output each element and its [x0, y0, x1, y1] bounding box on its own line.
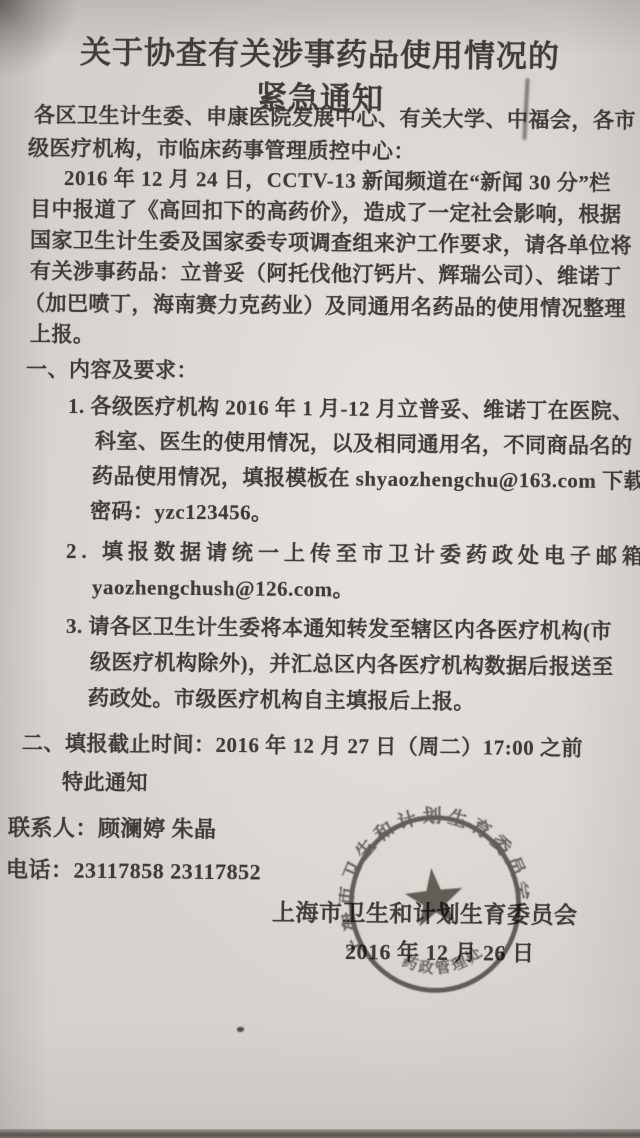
item1-line-2: 科室、医生的使用情况，以及相同通用名，不同商品名的 — [95, 425, 633, 460]
item2-line-2: yaozhengchush@126.com。 — [92, 571, 354, 604]
item1-line-4: 密码：yzc123456。 — [90, 495, 273, 527]
photo-bottom-edge — [0, 1129, 640, 1138]
item3-line-2: 级医疗机构除外)，并汇总区内各医疗机构数据后报送至 — [90, 646, 614, 681]
notice-title-line-1: 关于协查有关涉事药品使用情况的 — [0, 26, 640, 77]
item1-line-3: 药品使用情况，填报模板在 shyaozhengchu@163.com 下载， — [92, 460, 640, 496]
seal-department-text: 药政管理处 — [398, 941, 489, 981]
item3-line-1: 3. 请各区卫生计生委将本通知转发至辖区内各医疗机构(市 — [66, 610, 612, 645]
recipients-line-2: 级医疗机构，市临床药事管理质控中心： — [28, 132, 415, 166]
paragraph-line-1: 2016 年 12 月 24 日，CCTV-13 新闻频道在“新闻 30 分”栏 — [64, 162, 611, 197]
contact-persons: 联系人：顾澜婷 朱晶 — [8, 811, 217, 844]
seal-star-icon — [403, 865, 466, 928]
paragraph-line-4: 有关涉事药品：立普妥（阿托伐他汀钙片、辉瑞公司）、维诺丁 — [30, 255, 622, 291]
section2-deadline: 二、填报截止时间：2016 年 12 月 27 日（周二）17:00 之前 — [22, 727, 583, 762]
paragraph-line-6: 上报。 — [30, 318, 95, 349]
item2-line-1: 2. 填报数据请统一上传至市卫计委药政处电子邮箱 — [66, 535, 640, 571]
closing-remark: 特此通知 — [62, 766, 148, 797]
official-seal-stamp: 上海市卫生和计划生育委员会 药政管理处 — [330, 797, 539, 1012]
paragraph-line-2: 目中报道了《高回扣下的高药价》，造成了一定社会影响，根据 — [30, 193, 622, 229]
document-photo: 关于协查有关涉事药品使用情况的 紧急通知 各区卫生计生委、申康医院发展中心、有关… — [0, 0, 640, 1138]
contact-phones: 电话：23117858 23117852 — [6, 853, 261, 886]
svg-text:药政管理处: 药政管理处 — [398, 941, 489, 981]
paper-speck — [237, 1027, 244, 1032]
paragraph-line-5: （加巴喷丁，海南赛力克药业）及同通用名药品的使用情况整理 — [24, 287, 626, 323]
section1-heading: 一、内容及要求： — [26, 353, 198, 385]
item1-line-1: 1. 各级医疗机构 2016 年 1 月-12 月立普妥、维诺丁在医院、 — [68, 390, 634, 425]
item3-line-3: 药政处。市级医疗机构自主填报后上报。 — [88, 682, 475, 716]
recipients-line-1: 各区卫生计生委、申康医院发展中心、有关大学、中福会，各市 — [34, 99, 636, 135]
paragraph-line-3: 国家卫生计生委及国家委专项调查组来沪工作要求，请各单位将 — [30, 224, 632, 260]
